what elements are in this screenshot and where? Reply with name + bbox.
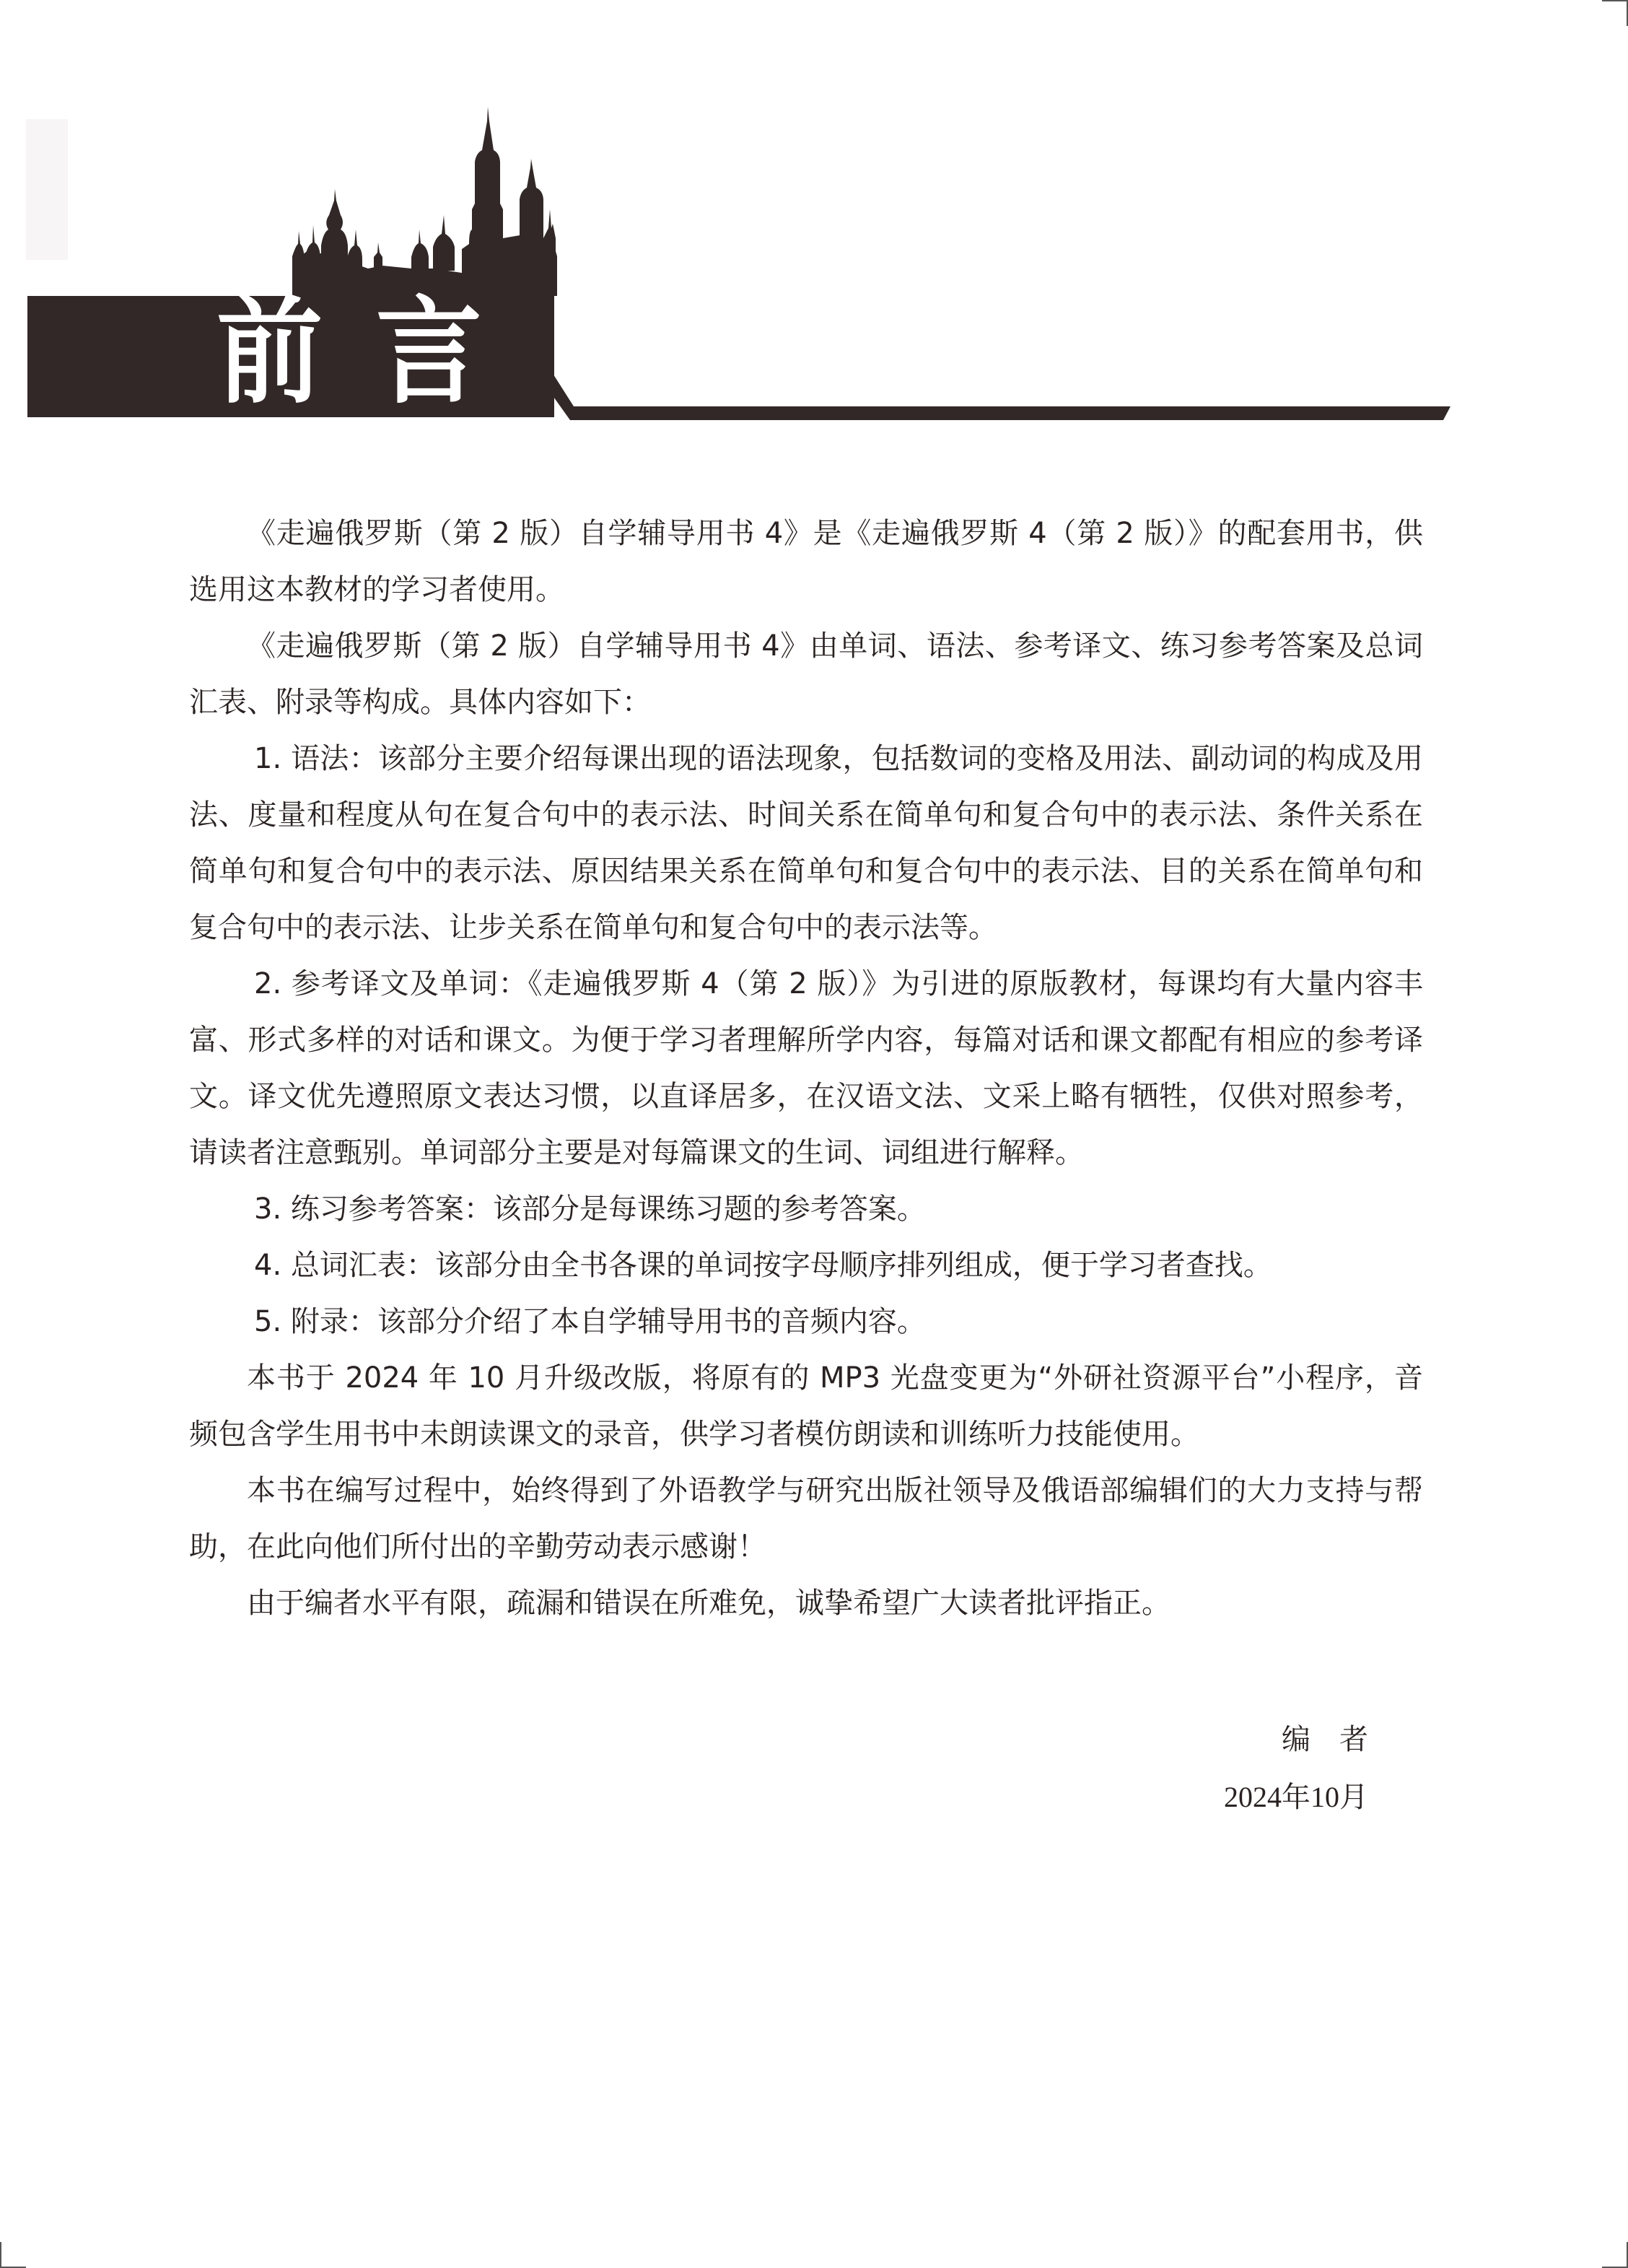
- list-item-grammar: 1. 语法：该部分主要介绍每课出现的语法现象，包括数词的变格及用法、副动词的构成…: [189, 730, 1423, 956]
- page-title: 前言: [216, 287, 535, 417]
- preface-body: 《走遍俄罗斯（第 2 版）自学辅导用书 4》是《走遍俄罗斯 4（第 2 版）》的…: [189, 505, 1423, 1631]
- signature-author: 编者: [1224, 1711, 1397, 1768]
- signature-date: 2024年10月: [1224, 1768, 1368, 1826]
- paragraph-thanks: 本书在编写过程中，始终得到了外语教学与研究出版社领导及俄语部编辑们的大力支持与帮…: [189, 1462, 1423, 1575]
- paragraph-closing: 由于编者水平有限，疏漏和错误在所难免，诚挚希望广大读者批评指正。: [189, 1575, 1423, 1631]
- list-item-answers: 3. 练习参考答案：该部分是每课练习题的参考答案。: [189, 1181, 1423, 1237]
- faint-left-bar: [26, 119, 68, 260]
- crop-mark-bottom-left-v: [0, 2242, 1, 2268]
- paragraph-revision: 本书于 2024 年 10 月升级改版，将原有的 MP3 光盘变更为“外研社资源…: [189, 1350, 1423, 1462]
- signature-block: 编者 2024年10月: [1224, 1711, 1368, 1826]
- paragraph-intro: 《走遍俄罗斯（第 2 版）自学辅导用书 4》是《走遍俄罗斯 4（第 2 版）》的…: [189, 505, 1423, 618]
- list-item-appendix: 5. 附录：该部分介绍了本自学辅导用书的音频内容。: [189, 1294, 1423, 1350]
- list-item-glossary: 4. 总词汇表：该部分由全书各课的单词按字母顺序排列组成，便于学习者查找。: [189, 1237, 1423, 1294]
- list-item-translation: 2. 参考译文及单词：《走遍俄罗斯 4（第 2 版）》为引进的原版教材，每课均有…: [189, 956, 1423, 1181]
- paragraph-structure: 《走遍俄罗斯（第 2 版）自学辅导用书 4》由单词、语法、参考译文、练习参考答案…: [189, 618, 1423, 730]
